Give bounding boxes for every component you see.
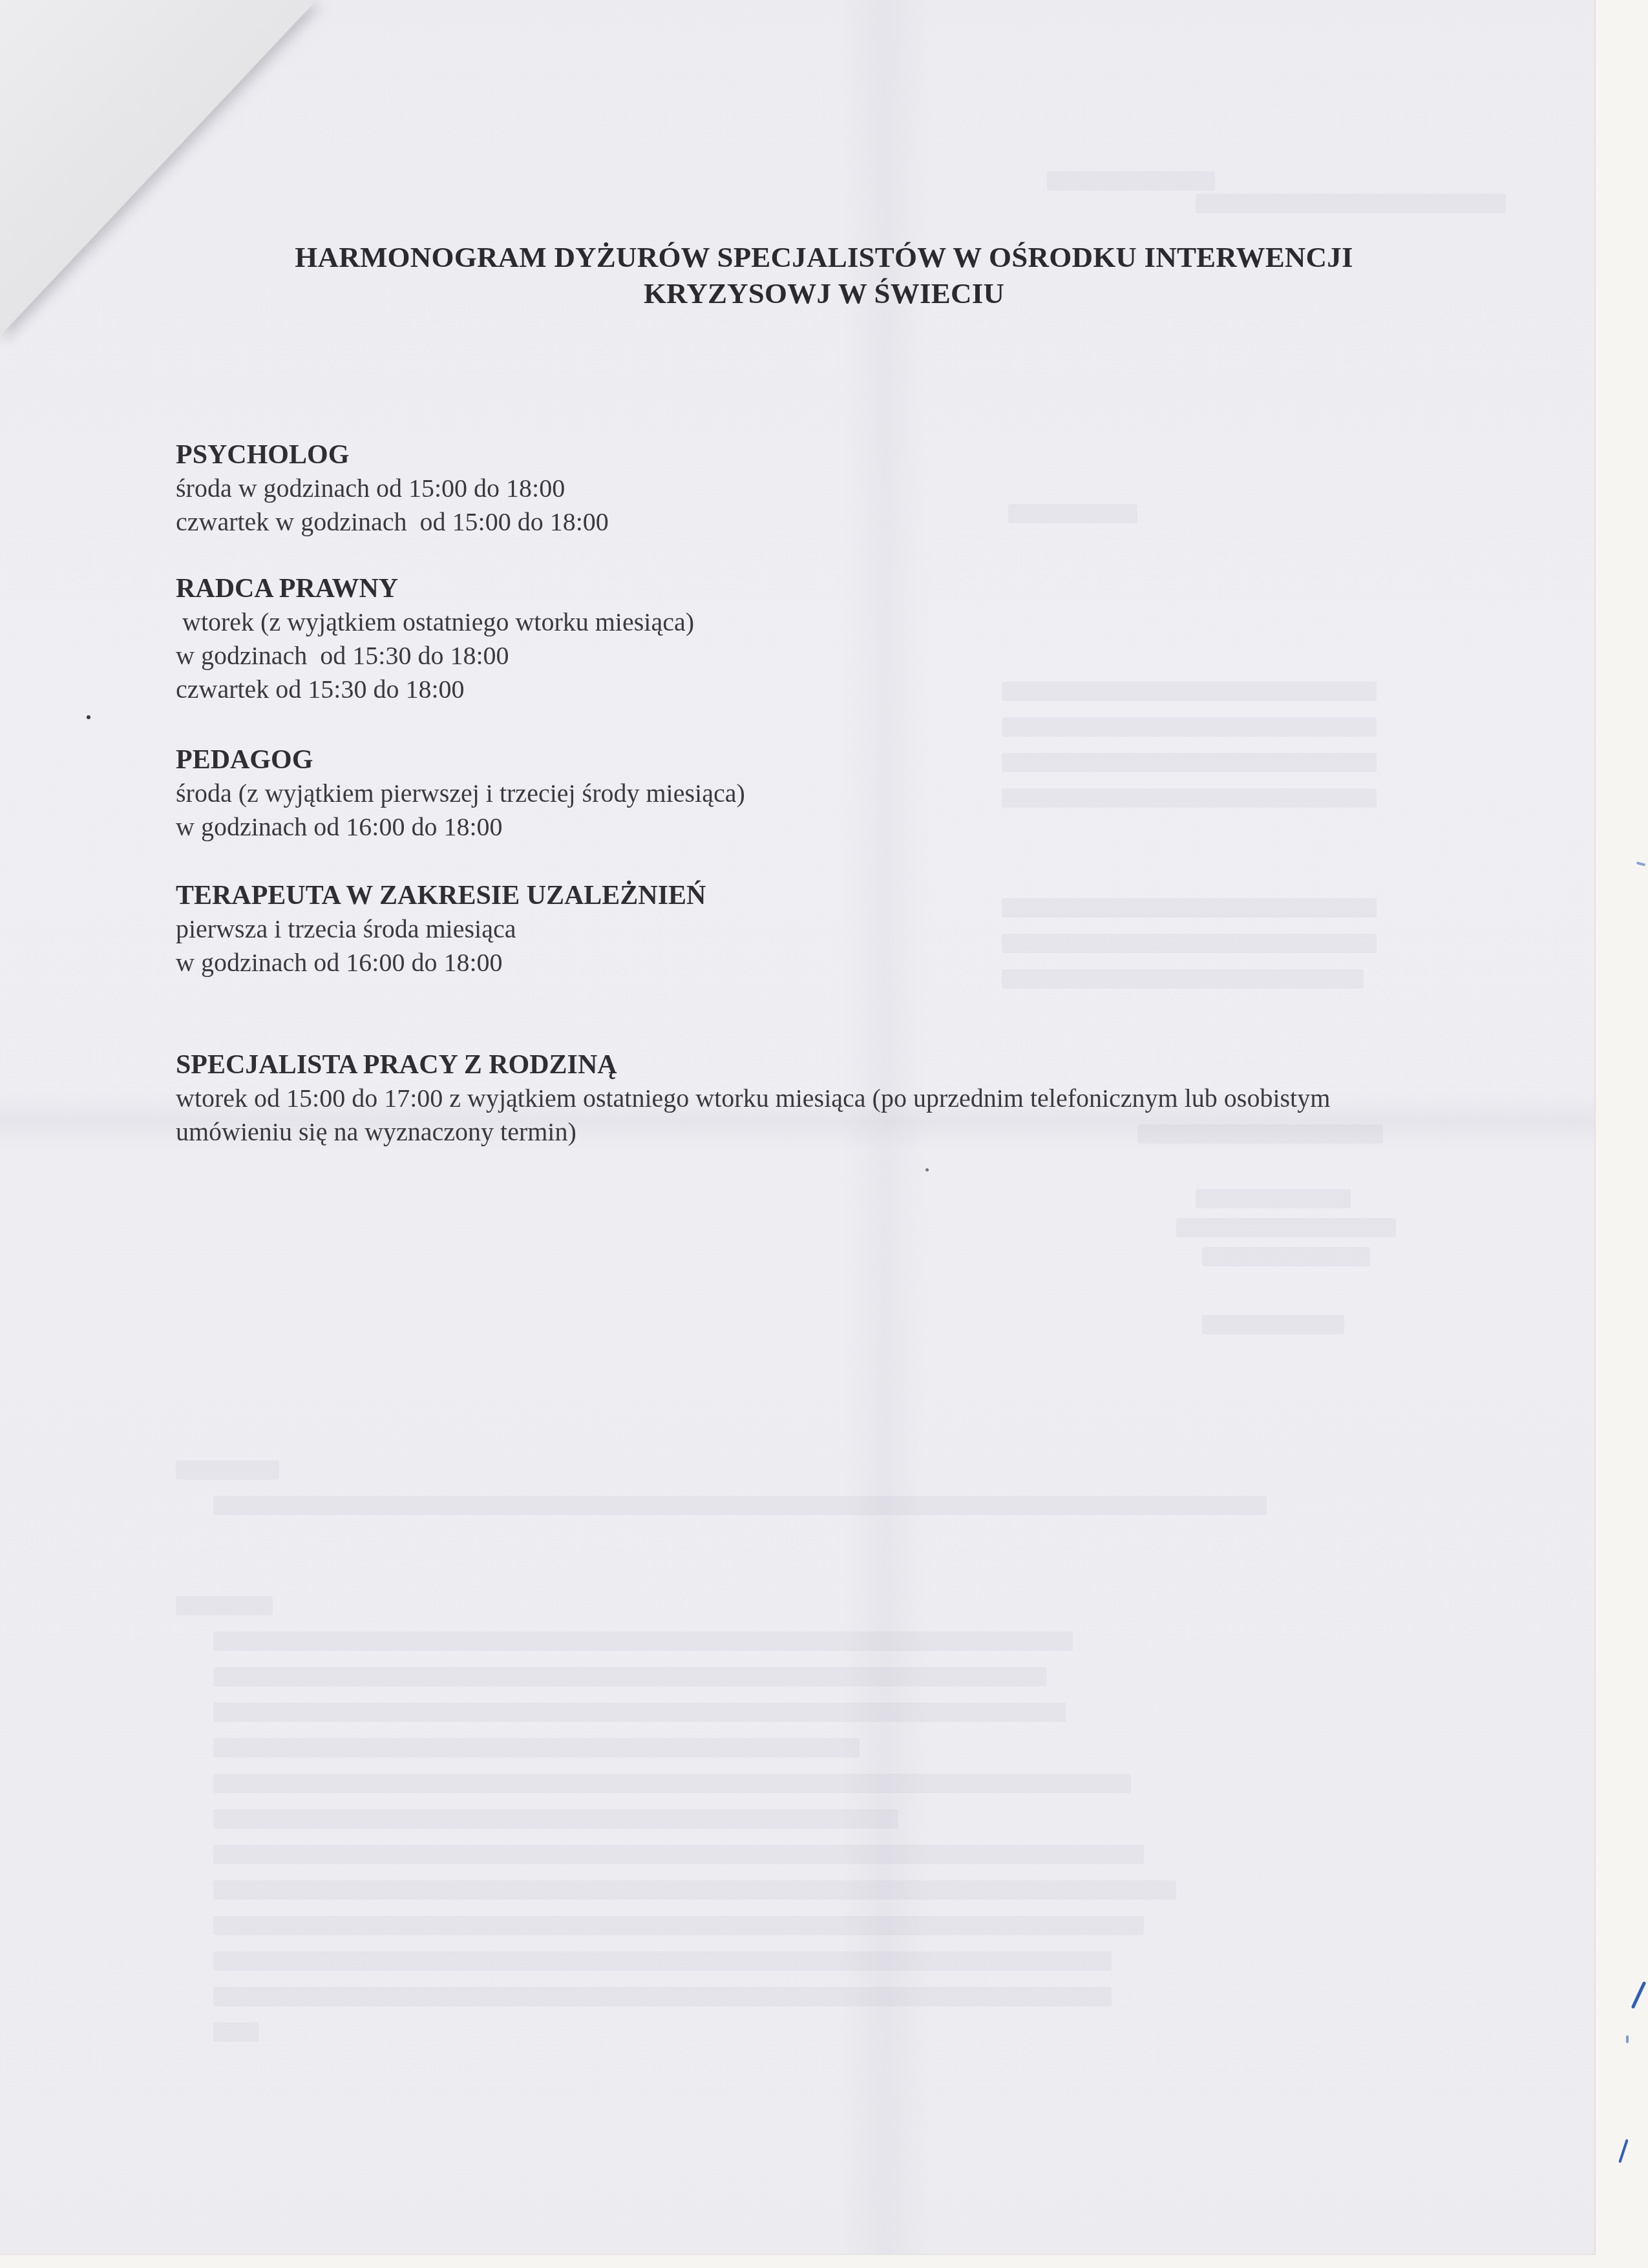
schedule-line: środa w godzinach od 15:00 do 18:00 [176,472,1468,505]
schedule-line: wtorek (z wyjątkiem ostatniego wtorku mi… [176,605,1468,639]
schedule-line: czwartek od 15:30 do 18:00 [176,673,1468,706]
schedule-line: w godzinach od 16:00 do 18:00 [176,946,1468,980]
section-radca-prawny: RADCA PRAWNY wtorek (z wyjątkiem ostatni… [176,572,1468,706]
schedule-line: wtorek od 15:00 do 17:00 z wyjątkiem ost… [176,1082,1404,1149]
paper-sheet: HARMONOGRAM DYŻURÓW SPECJALISTÓW W OŚROD… [0,0,1596,2255]
schedule-line: w godzinach od 15:30 do 18:00 [176,639,1468,673]
section-terapeuta-uzaleznien: TERAPEUTA W ZAKRESIE UZALEŻNIEŃ pierwsza… [176,879,1468,980]
section-psycholog: PSYCHOLOG środa w godzinach od 15:00 do … [176,438,1468,539]
section-heading: PEDAGOG [176,743,1468,777]
pen-mark [1626,2035,1629,2043]
section-pedagog: PEDAGOG środa (z wyjątkiem pierwszej i t… [176,743,1468,844]
schedule-line: czwartek w godzinach od 15:00 do 18:00 [176,505,1468,539]
speck-mark [925,1168,929,1171]
section-heading: SPECJALISTA PRACY Z RODZINĄ [176,1048,1468,1082]
schedule-line: środa (z wyjątkiem pierwszej i trzeciej … [176,777,1468,810]
speck-mark [87,715,90,719]
schedule-line: w godzinach od 16:00 do 18:00 [176,810,1468,844]
section-heading: RADCA PRAWNY [176,572,1468,605]
section-heading: PSYCHOLOG [176,438,1468,472]
section-heading: TERAPEUTA W ZAKRESIE UZALEŻNIEŃ [176,879,1468,912]
section-specjalista-pracy-z-rodzina: SPECJALISTA PRACY Z RODZINĄ wtorek od 15… [176,1048,1468,1149]
schedule-line: pierwsza i trzecia środa miesiąca [176,912,1468,946]
